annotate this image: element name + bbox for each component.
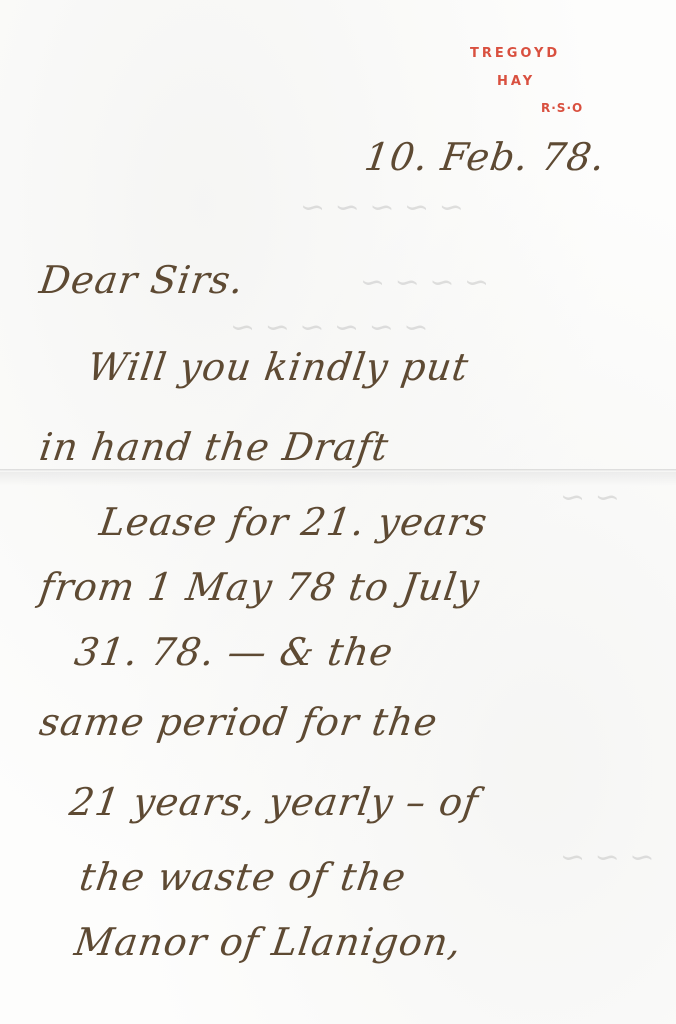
body-line: 21 years, yearly – of	[67, 780, 482, 824]
bleed-through-text: ~ ~ ~ ~ ~ ~	[230, 310, 429, 345]
letter-page: ~ ~ ~ ~ ~ ~ ~ ~ ~ ~ ~ ~ ~ ~ ~ ~ ~ ~ ~ ~ …	[0, 0, 676, 1024]
body-line: from 1 May 78 to July	[37, 565, 483, 609]
letter-date: 10. Feb. 78.	[362, 135, 608, 179]
bleed-through-text: ~ ~ ~ ~	[360, 265, 489, 300]
paper-fold-shadow	[0, 472, 676, 486]
body-line: same period for the	[37, 700, 441, 744]
body-line: 31. 78. — & the	[72, 630, 396, 674]
body-line: Will you kindly put	[85, 345, 472, 389]
body-line: Lease for 21. years	[97, 500, 491, 544]
bleed-through-text: ~ ~ ~ ~ ~	[300, 190, 464, 225]
letterhead-line-2: HAY	[497, 74, 535, 89]
salutation: Dear Sirs.	[37, 258, 247, 302]
body-line: Manor of Llanigon,	[72, 920, 465, 964]
bleed-through-text: ~ ~ ~	[560, 840, 654, 875]
letterhead-line-1: TREGOYD	[470, 46, 560, 61]
body-line: in hand the Draft	[37, 425, 392, 469]
letterhead-line-3: R·S·O	[541, 101, 583, 115]
body-line: the waste of the	[77, 855, 409, 899]
